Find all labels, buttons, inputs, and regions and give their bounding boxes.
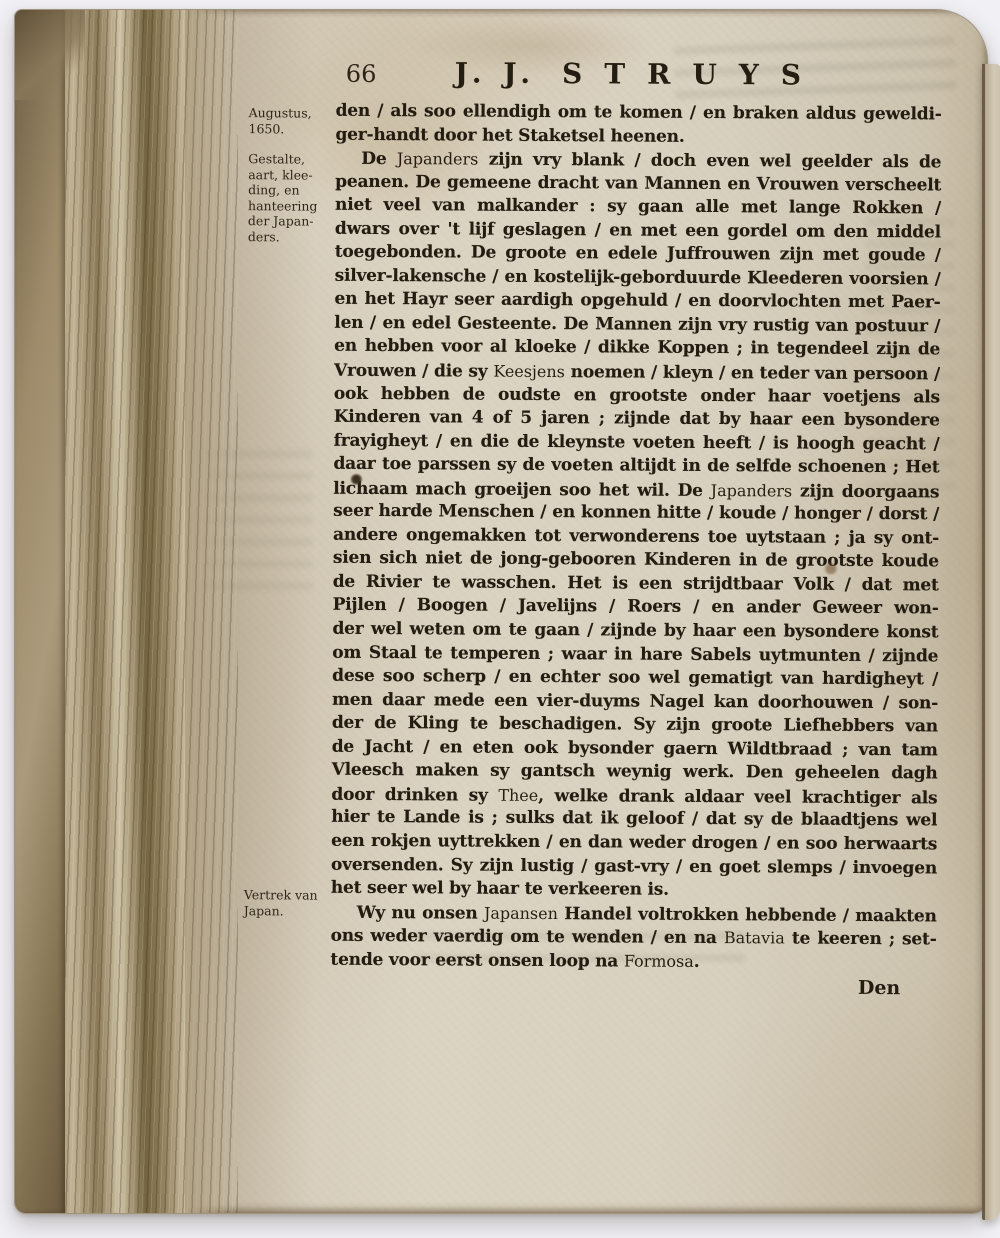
text-line: De Japanders zijn vry blank / doch even … [335, 147, 941, 174]
text-line: den / als soo ellendigh om te komen / en… [336, 100, 942, 127]
text-line: tende voor eerst onsen loop na Formosa. [330, 947, 936, 974]
roman-type-word: Japanders [397, 149, 479, 168]
text-line: Kinderen van 4 of 5 jaren ; zijnde dat b… [334, 406, 940, 433]
text-line: dese soo scherp / en echter soo wel gema… [332, 665, 938, 692]
text-line: en het Hayr seer aardigh opgehuld / en d… [334, 288, 940, 315]
text-line: der de Kling te beschadigen. Sy zijn gro… [332, 712, 938, 739]
text-line: een rokjen uyttrekken / en dan weder dro… [331, 830, 937, 857]
text-line: ons weder vaerdig om te wenden / en na B… [331, 924, 937, 951]
catchword: Den [330, 974, 900, 999]
title-initials: J. J. [455, 56, 537, 89]
roman-type-word: Japanders [711, 481, 793, 500]
next-leaf-edge [982, 64, 1000, 1220]
roman-type-word: Batavia [724, 928, 785, 947]
text-line: niet veel van malkander : sy gaan alle m… [335, 194, 941, 221]
title-name: STRUYS [562, 57, 823, 92]
photo-backdrop: { "photo": { "backdrop_color": "#f1f0f4"… [0, 0, 1000, 1238]
margin-note-departure: Vertrek van Japan. [244, 887, 334, 919]
body-text: den / als soo ellendigh om te komen / en… [330, 100, 941, 975]
text-line: daar toe parssen sy de voeten altijdt in… [333, 453, 939, 480]
printed-page-content: 66 J. J.STRUYS Augustus, 1650. Gestalte,… [14, 10, 987, 1214]
text-line: seer harde Menschen / en konnen hitte / … [333, 500, 939, 527]
text-line: Vleesch maken sy gantsch weynig werk. De… [332, 759, 938, 786]
text-line: het seer wel by haar te verkeeren is. [331, 877, 937, 904]
text-line: Vrouwen / die sy Keesjens noemen / kleyn… [334, 359, 940, 386]
text-line: toegebonden. De groote en edele Juffrouw… [335, 241, 941, 268]
text-line: der wel weten om te gaan / zijnde by haa… [332, 618, 938, 645]
roman-type-word: Keesjens [493, 362, 565, 381]
roman-type-word: Formosa [624, 951, 694, 970]
roman-type-word: Thee [498, 786, 538, 805]
margin-note-subject: Gestalte, aart, klee- ding, en hanteerin… [248, 151, 339, 245]
roman-type-word: Japansen [484, 903, 558, 922]
margin-note-date: Augustus, 1650. [248, 105, 338, 137]
running-title: J. J.STRUYS [336, 56, 942, 93]
page-header: 66 J. J.STRUYS [336, 54, 942, 96]
book-page: 66 J. J.STRUYS Augustus, 1650. Gestalte,… [14, 9, 988, 1214]
